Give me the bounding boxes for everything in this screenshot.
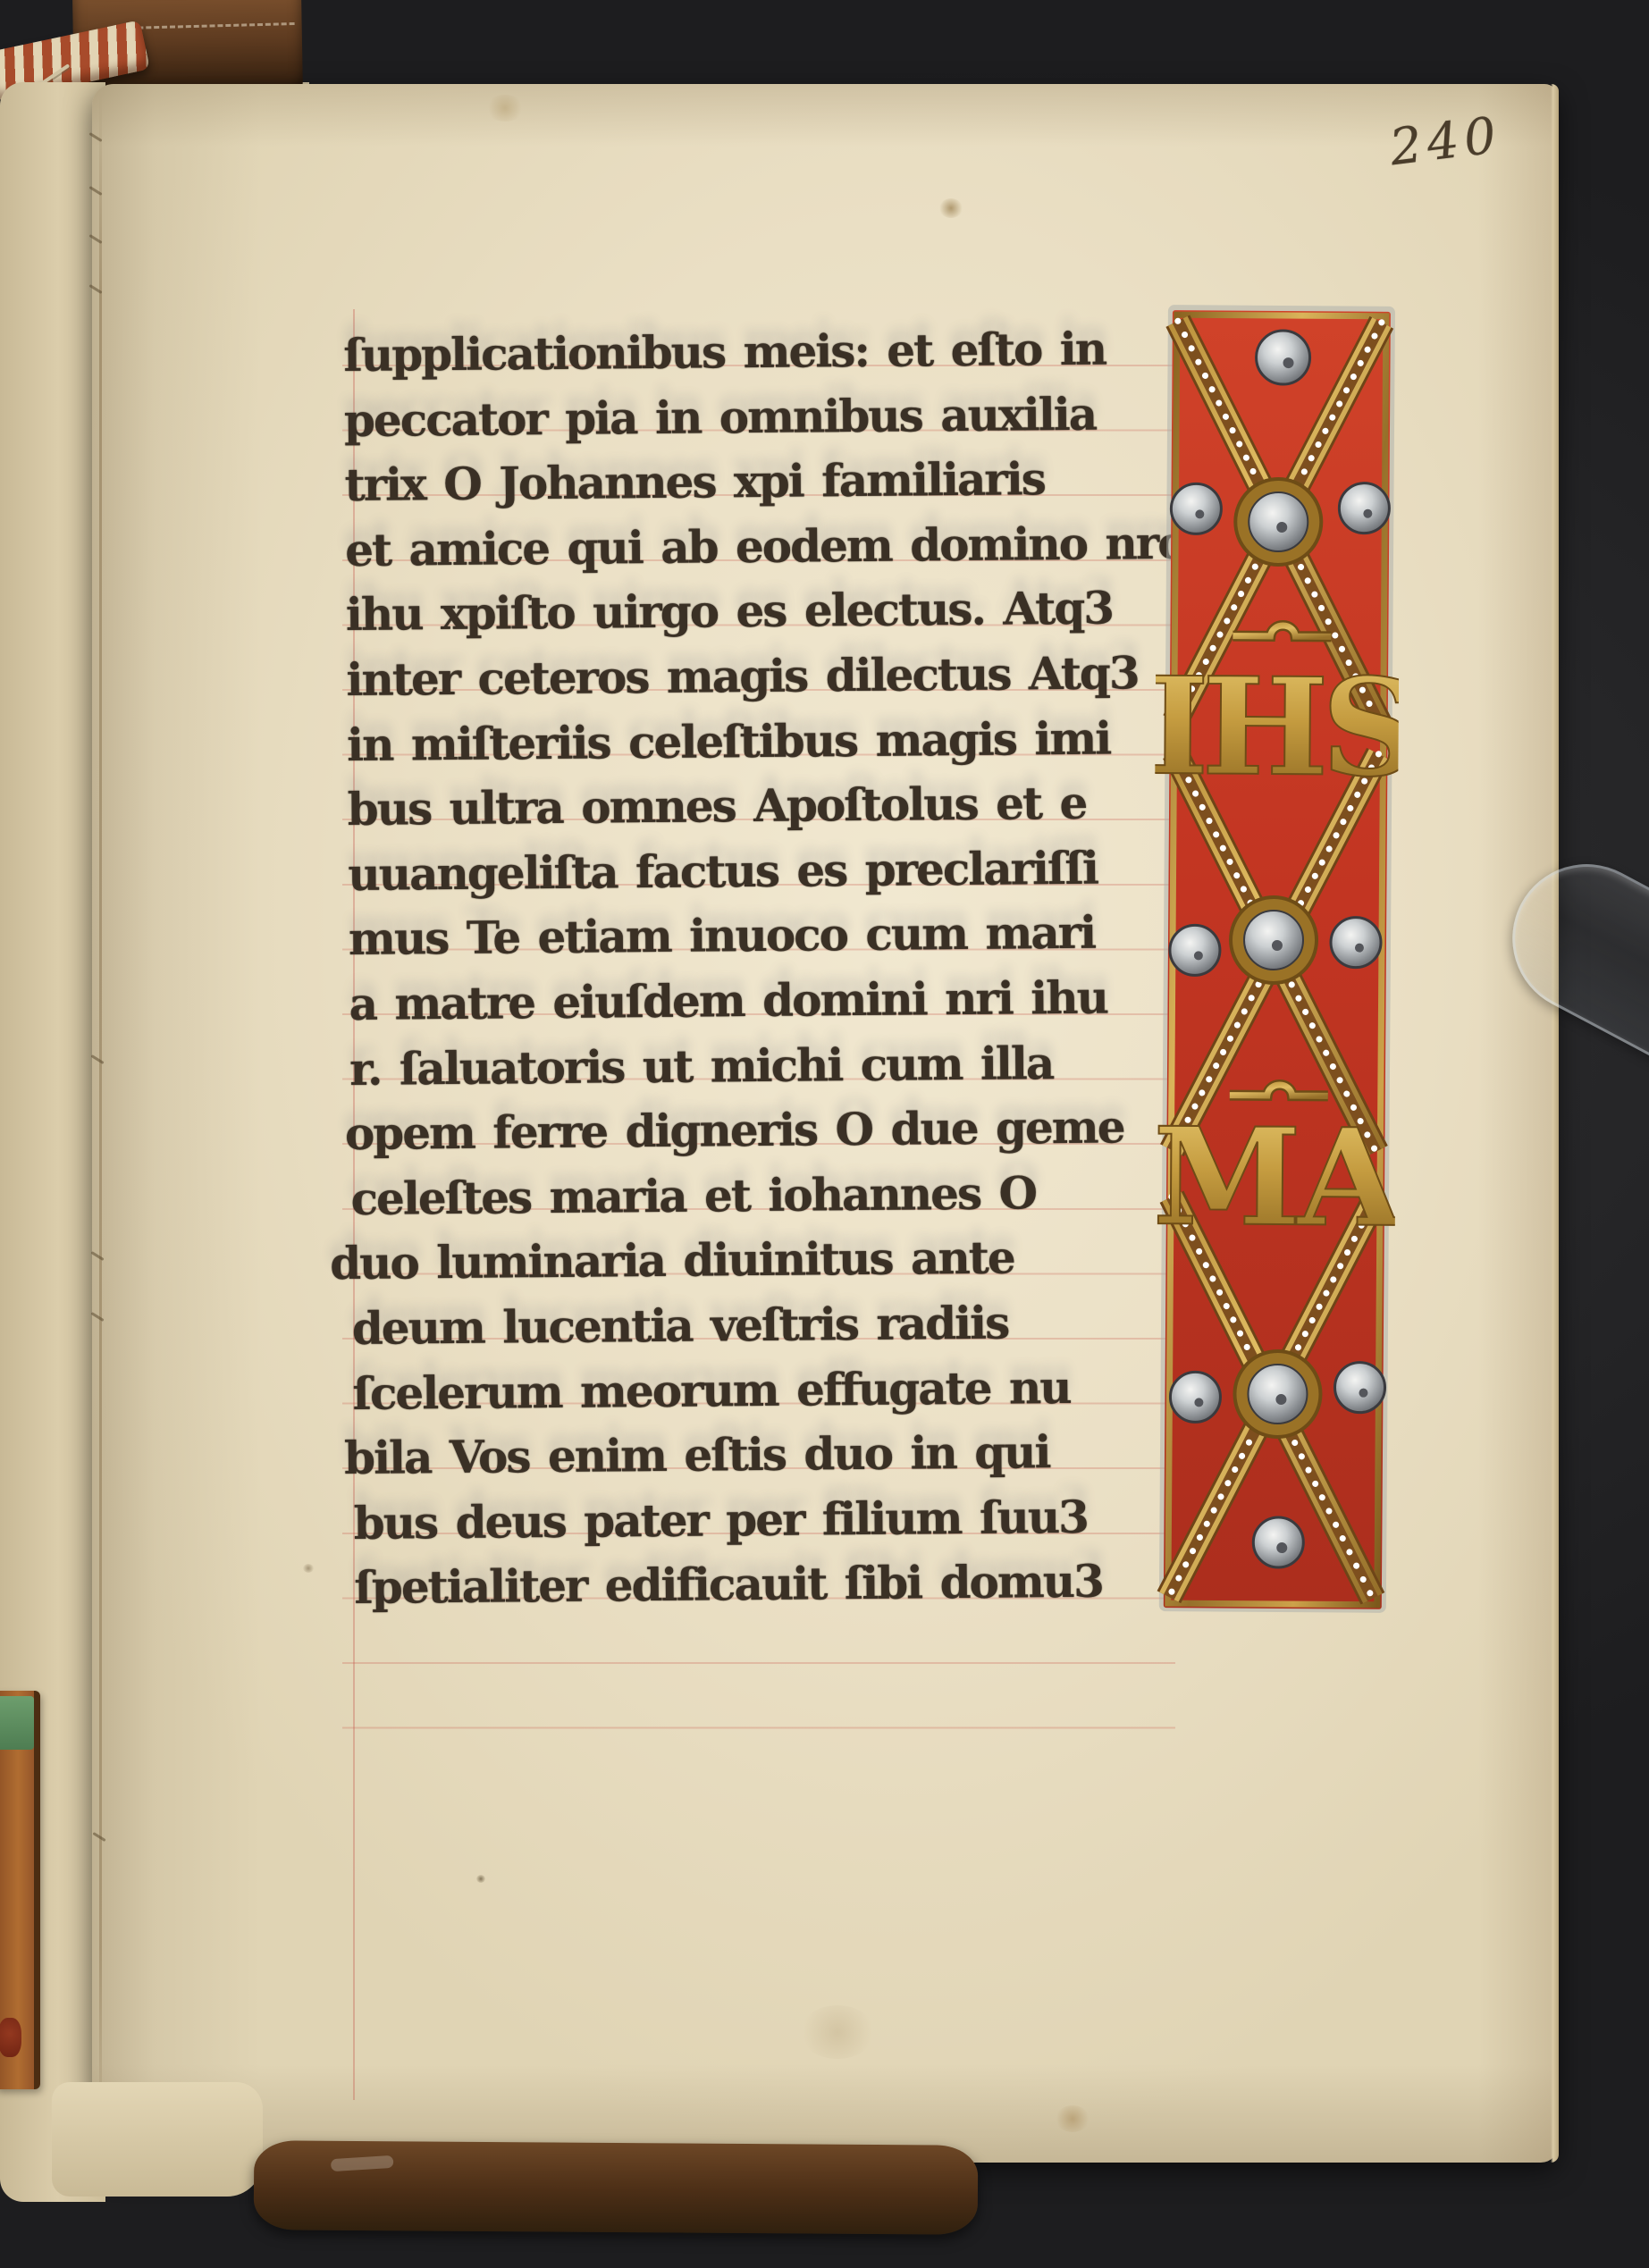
leather-sheen [331,2155,394,2171]
illuminated-border-bar: IHS MA [1149,301,1401,1624]
ink-speck [303,1564,314,1573]
illumination-fragment [0,1691,40,2089]
manuscript-photo: ſupplicationibus meis: et eſto in peccat… [0,0,1649,2268]
gutter-stitch [90,1054,104,1064]
text-line-15: duo luminaria diuinitus ante [330,1224,1210,1297]
gutter-fold [99,93,102,2154]
ma-monogram: MA [1152,1084,1401,1257]
text-line-13: opem ferre digneris O due geme [345,1095,1209,1167]
ink-speck [476,1875,485,1883]
text-line-10: mus Te etiam inuoco cum mari [349,900,1207,972]
text-line-2: peccator pia in omnibus auxilia [344,381,1203,453]
gutter-stitch [90,1251,104,1261]
silver-bosses [1164,330,1392,1568]
text-line-16: deum lucentia veſtris radiis [352,1289,1211,1361]
text-line-6: inter ceteros magis dilectus Atq3 [346,641,1205,713]
svg-text:IHS: IHS [1149,648,1401,807]
text-line-14: celeſtes maria et iohannes O [350,1159,1209,1231]
ihs-monogram: IHS [1149,625,1401,807]
page-curl-bottom [52,2082,263,2197]
text-line-19: bus deus pater per filium ſuu3 [353,1483,1212,1556]
stain [939,198,963,218]
text-line-1: ſupplicationibus meis: et eſto in [343,316,1202,389]
text-line-5: ihu xpiſto uirgo es electus. Atq3 [346,575,1205,648]
spine-leather-bottom [254,2140,979,2235]
text-line-4: et amice qui ab eodem domino nro [345,510,1204,583]
stain [1056,2105,1090,2132]
page-right-edge [1551,84,1559,2163]
text-line-20: ſpetialiter edificauit ſibi domu3 [354,1549,1213,1621]
folio-number: 240 [1387,106,1505,178]
text-line-12: r. ſaluatoris ut michi cum illa [349,1029,1208,1102]
text-line-11: a matre eiuſdem domini nri ihu [349,965,1207,1037]
text-line-18: bila Vos enim eſtis duo in qui [344,1419,1212,1491]
text-line-9: uuangeliſta factus es preclariſſi [348,835,1207,907]
gutter-stitch [90,1312,104,1322]
text-line-7: in miſteriis celeſtibus magis imi [347,705,1206,777]
svg-text:MA: MA [1152,1098,1401,1257]
stain [800,2005,875,2059]
illumination-green-detail [0,1696,34,1750]
stain [485,95,525,122]
text-block: ſupplicationibus meis: et eſto in peccat… [343,316,1213,1621]
text-line-8: bus ultra omnes Apoſtolus et e [347,770,1206,843]
text-line-3: trix O Johannes xpi familiaris [344,446,1203,518]
illumination-red-detail [0,2018,21,2057]
text-line-17: ſcelerum meorum effugate nu [352,1354,1211,1426]
